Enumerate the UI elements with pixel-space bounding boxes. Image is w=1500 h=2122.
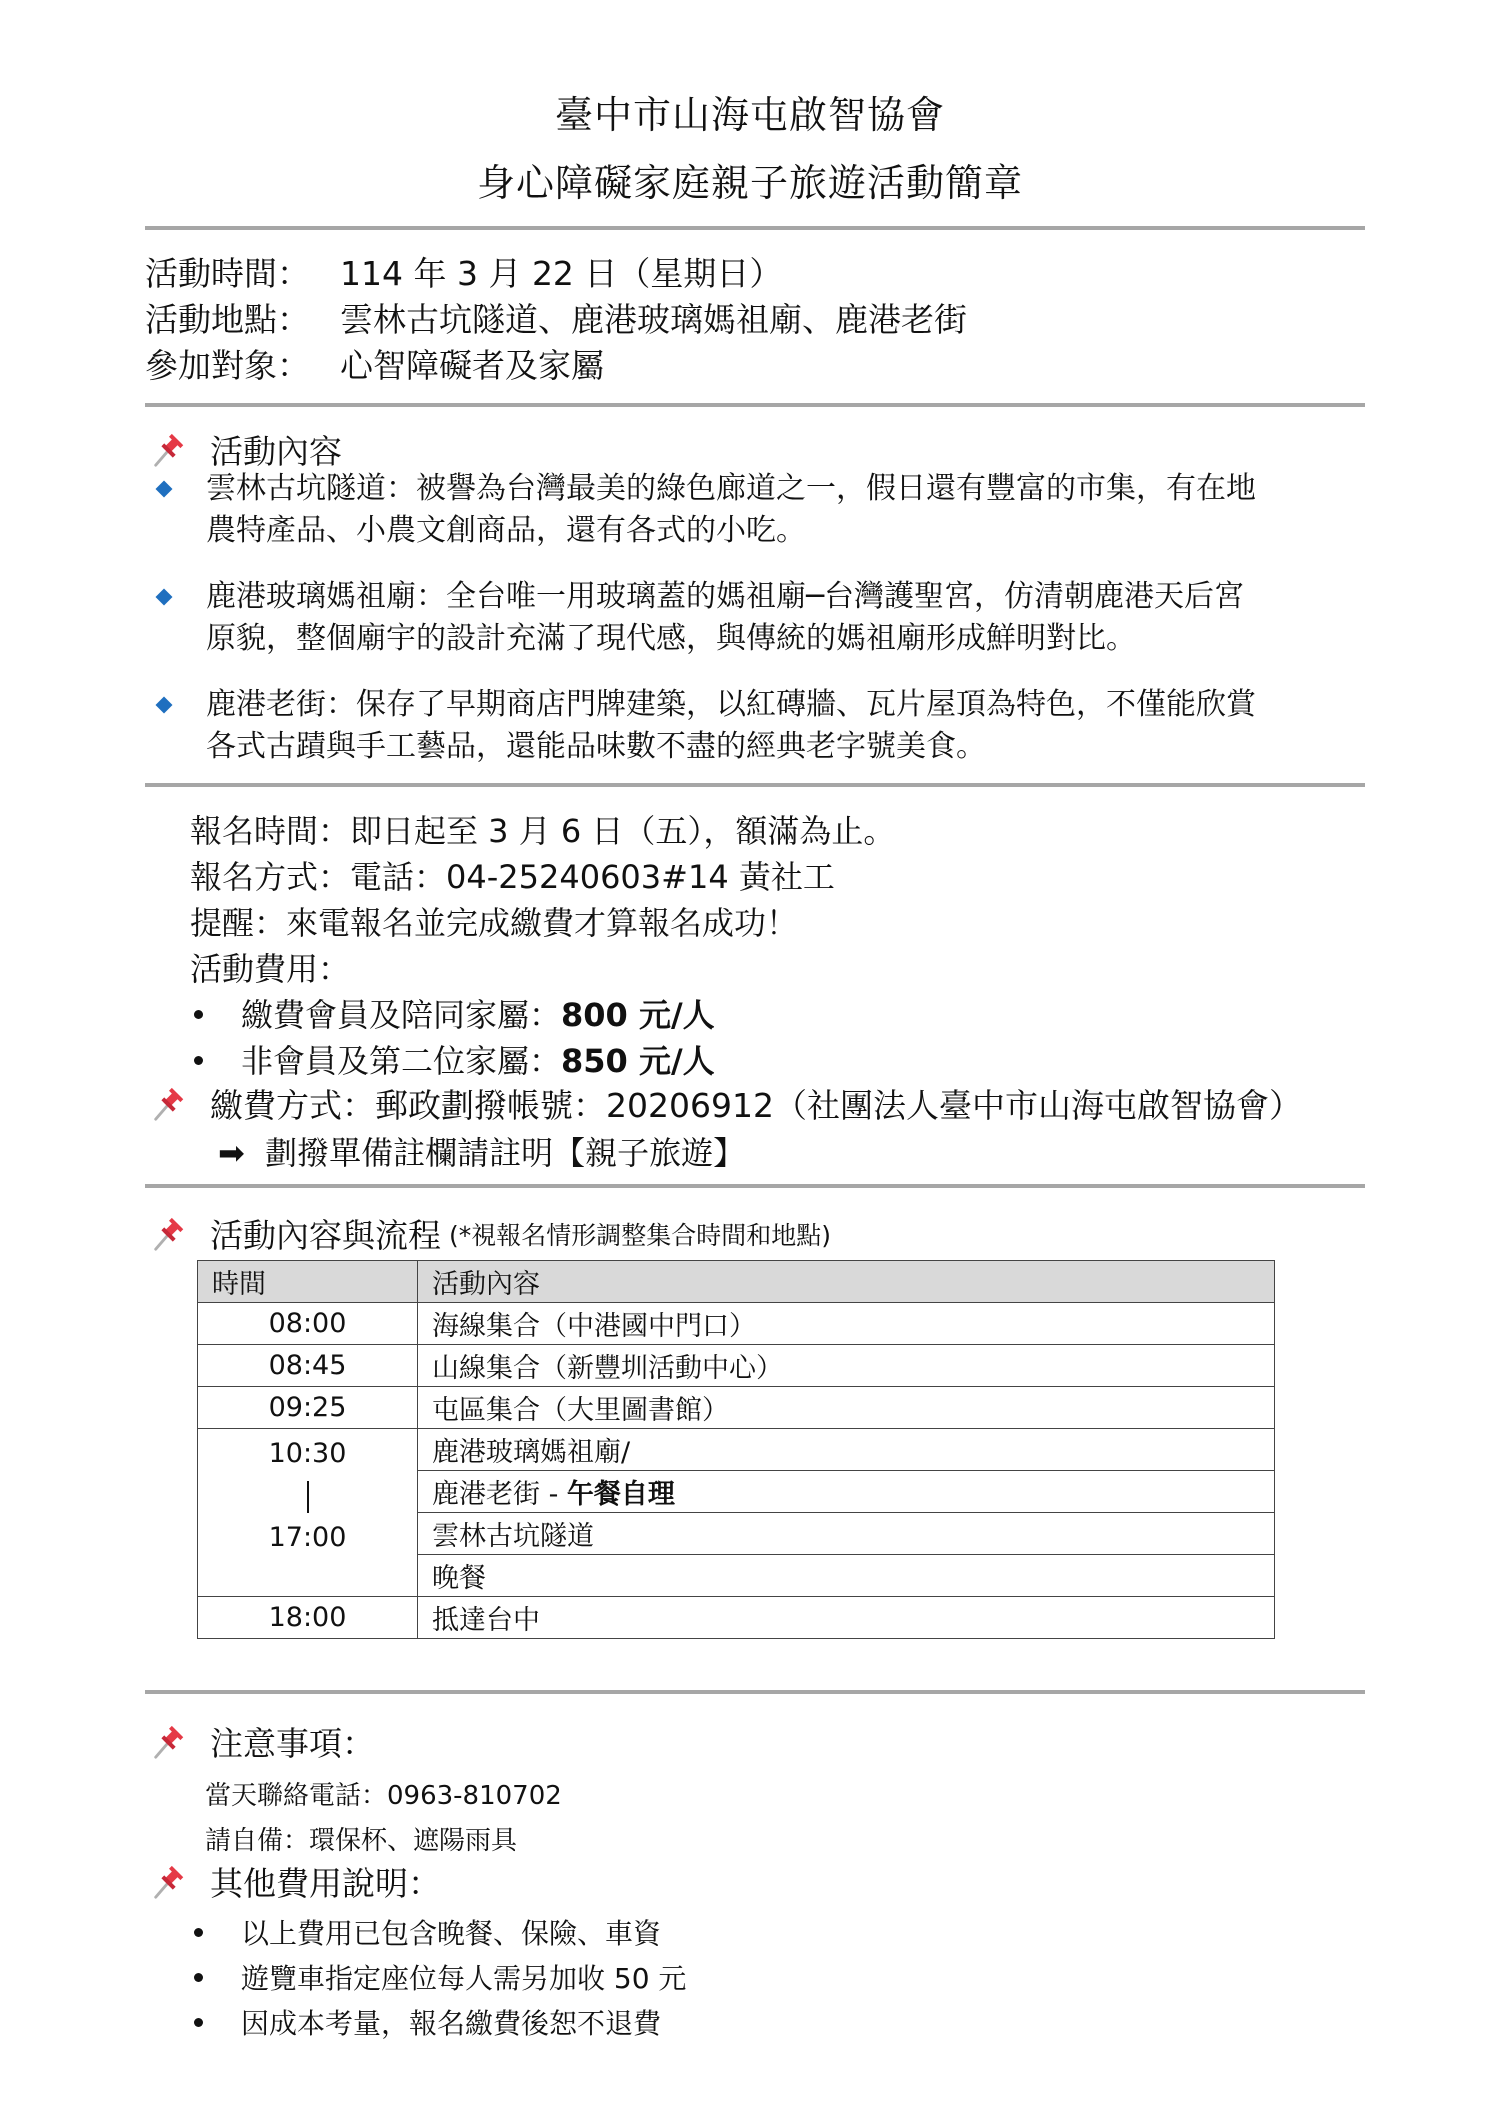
- info-participants-label: 參加對象：: [145, 340, 340, 387]
- row-activity: 鹿港玻璃媽祖廟/: [418, 1429, 1275, 1471]
- schedule-heading: 活動內容與流程 (*視報名情形調整集合時間和地點): [150, 1210, 831, 1257]
- other-fee-item: 因成本考量，報名繳費後恕不退費: [190, 2002, 661, 2042]
- diamond-bullet-icon: [156, 481, 173, 498]
- organization-title: 臺中市山海屯啟智協會: [0, 84, 1500, 139]
- info-location-value: 雲林古坑隧道、鹿港玻璃媽祖廟、鹿港老街: [340, 300, 967, 339]
- row-time: 08:00: [198, 1303, 418, 1345]
- payment-note-text: 劃撥單備註欄請註明【親子旅遊】: [265, 1134, 745, 1172]
- fee-item-amount: 850 元/人: [561, 1042, 715, 1080]
- pushpin-icon: [150, 1863, 188, 1901]
- content-item-line: 原貌，整個廟宇的設計充滿了現代感，與傳統的媽祖廟形成鮮明對比。: [206, 618, 1378, 660]
- info-time-label: 活動時間：: [145, 248, 340, 295]
- row-activity: 抵達台中: [418, 1597, 1275, 1639]
- divider: [145, 1690, 1365, 1694]
- row-time: 09:25: [198, 1387, 418, 1429]
- arrow-right-icon: ➡: [218, 1134, 245, 1172]
- pushpin-icon: [150, 1723, 188, 1761]
- row-time: 18:00: [198, 1597, 418, 1639]
- notes-contact: 當天聯絡電話：0963-810702: [205, 1775, 562, 1812]
- bullet-dot-icon: [194, 1056, 203, 1065]
- time-range-connector: [307, 1481, 309, 1513]
- content-item: 鹿港老街：保存了早期商店門牌建築，以紅磚牆、瓦片屋頂為特色，不僅能欣賞 各式古蹟…: [158, 684, 1378, 768]
- pushpin-icon: [150, 1085, 188, 1123]
- info-time: 活動時間：114 年 3 月 22 日（星期日）: [145, 248, 782, 295]
- pushpin-icon: [150, 1215, 188, 1253]
- document-page: 臺中市山海屯啟智協會 身心障礙家庭親子旅遊活動簡章 活動時間：114 年 3 月…: [0, 0, 1500, 2122]
- info-location: 活動地點：雲林古坑隧道、鹿港玻璃媽祖廟、鹿港老街: [145, 294, 967, 341]
- registration-reminder: 提醒：來電報名並完成繳費才算報名成功！: [190, 898, 798, 944]
- table-row: 08:45 山線集合（新豐圳活動中心）: [198, 1345, 1275, 1387]
- bullet-dot-icon: [194, 1973, 203, 1982]
- table-row: 08:00 海線集合（中港國中門口）: [198, 1303, 1275, 1345]
- row-time-range: 10:30 17:00: [198, 1429, 418, 1597]
- time-range-end: 17:00: [212, 1517, 403, 1559]
- table-row: 09:25 屯區集合（大里圖書館）: [198, 1387, 1275, 1429]
- content-item: 雲林古坑隧道：被譽為台灣最美的綠色廊道之一，假日還有豐富的市集，有在地 農特產品…: [158, 468, 1378, 552]
- schedule-heading-text: 活動內容與流程: [210, 1210, 441, 1257]
- diamond-bullet-icon: [156, 589, 173, 606]
- other-fees-heading: 其他費用說明：: [150, 1858, 441, 1905]
- schedule-heading-note: (*視報名情形調整集合時間和地點): [449, 1216, 831, 1252]
- table-row: 10:30 17:00 鹿港玻璃媽祖廟/: [198, 1429, 1275, 1471]
- column-header-activity: 活動內容: [418, 1261, 1275, 1303]
- fee-item-label: 非會員及第二位家屬：: [241, 1042, 561, 1080]
- fee-item-label: 繳費會員及陪同家屬：: [241, 996, 561, 1034]
- document-title: 身心障礙家庭親子旅遊活動簡章: [0, 152, 1500, 207]
- other-fee-item-text: 以上費用已包含晚餐、保險、車資: [241, 1917, 661, 1950]
- content-item-line: 鹿港玻璃媽祖廟：全台唯一用玻璃蓋的媽祖廟─台灣護聖宮，仿清朝鹿港天后宮: [206, 576, 1378, 618]
- bullet-dot-icon: [194, 1928, 203, 1937]
- divider: [145, 1184, 1365, 1188]
- content-item-line: 各式古蹟與手工藝品，還能品味數不盡的經典老字號美食。: [206, 726, 1378, 768]
- row-activity: 山線集合（新豐圳活動中心）: [418, 1345, 1275, 1387]
- payment-method: 繳費方式：郵政劃撥帳號：20206912（社團法人臺中市山海屯啟智協會）: [150, 1080, 1302, 1127]
- info-location-label: 活動地點：: [145, 294, 340, 341]
- info-participants-value: 心智障礙者及家屬: [340, 346, 604, 385]
- pushpin-icon: [150, 431, 188, 469]
- row-activity-text: 鹿港老街 -: [432, 1479, 567, 1510]
- other-fees-heading-text: 其他費用說明：: [210, 1858, 441, 1905]
- row-activity: 晚餐: [418, 1555, 1275, 1597]
- fee-item-amount: 800 元/人: [561, 996, 715, 1034]
- notes-heading: 注意事項：: [150, 1718, 375, 1765]
- divider: [145, 783, 1365, 787]
- content-item-line: 雲林古坑隧道：被譽為台灣最美的綠色廊道之一，假日還有豐富的市集，有在地: [206, 468, 1378, 510]
- bullet-dot-icon: [194, 1010, 203, 1019]
- info-time-value: 114 年 3 月 22 日（星期日）: [340, 254, 782, 293]
- notes-bring: 請自備：環保杯、遮陽雨具: [205, 1820, 517, 1857]
- diamond-bullet-icon: [156, 697, 173, 714]
- fee-item: 繳費會員及陪同家屬：800 元/人: [190, 990, 715, 1036]
- table-row: 18:00 抵達台中: [198, 1597, 1275, 1639]
- row-time: 08:45: [198, 1345, 418, 1387]
- row-activity: 雲林古坑隧道: [418, 1513, 1275, 1555]
- content-section-heading: 活動內容: [150, 426, 342, 473]
- row-activity: 鹿港老街 - 午餐自理: [418, 1471, 1275, 1513]
- bullet-dot-icon: [194, 2018, 203, 2027]
- other-fee-item: 遊覽車指定座位每人需另加收 50 元: [190, 1957, 686, 1997]
- notes-heading-text: 注意事項：: [210, 1718, 375, 1765]
- registration-method: 報名方式：電話：04-25240603#14 黃社工: [190, 852, 835, 898]
- column-header-time: 時間: [198, 1261, 418, 1303]
- fee-item: 非會員及第二位家屬：850 元/人: [190, 1036, 715, 1082]
- payment-method-text: 繳費方式：郵政劃撥帳號：20206912（社團法人臺中市山海屯啟智協會）: [210, 1080, 1302, 1127]
- content-item-line: 農特產品、小農文創商品，還有各式的小吃。: [206, 510, 1378, 552]
- payment-note: ➡ 劃撥單備註欄請註明【親子旅遊】: [218, 1128, 745, 1174]
- fee-label: 活動費用：: [190, 944, 350, 990]
- row-activity: 海線集合（中港國中門口）: [418, 1303, 1275, 1345]
- schedule-table: 時間 活動內容 08:00 海線集合（中港國中門口） 08:45 山線集合（新豐…: [197, 1260, 1275, 1639]
- lunch-note: 午餐自理: [567, 1479, 675, 1510]
- content-item-line: 鹿港老街：保存了早期商店門牌建築，以紅磚牆、瓦片屋頂為特色，不僅能欣賞: [206, 684, 1378, 726]
- divider: [145, 226, 1365, 230]
- info-participants: 參加對象：心智障礙者及家屬: [145, 340, 604, 387]
- table-header-row: 時間 活動內容: [198, 1261, 1275, 1303]
- other-fee-item-text: 因成本考量，報名繳費後恕不退費: [241, 2007, 661, 2040]
- registration-period: 報名時間：即日起至 3 月 6 日（五），額滿為止。: [190, 806, 895, 852]
- row-activity: 屯區集合（大里圖書館）: [418, 1387, 1275, 1429]
- content-heading-text: 活動內容: [210, 426, 342, 473]
- content-item: 鹿港玻璃媽祖廟：全台唯一用玻璃蓋的媽祖廟─台灣護聖宮，仿清朝鹿港天后宮 原貌，整…: [158, 576, 1378, 660]
- other-fee-item-text: 遊覽車指定座位每人需另加收 50 元: [241, 1962, 686, 1995]
- other-fee-item: 以上費用已包含晚餐、保險、車資: [190, 1912, 661, 1952]
- divider: [145, 403, 1365, 407]
- time-range-start: 10:30: [212, 1433, 403, 1475]
